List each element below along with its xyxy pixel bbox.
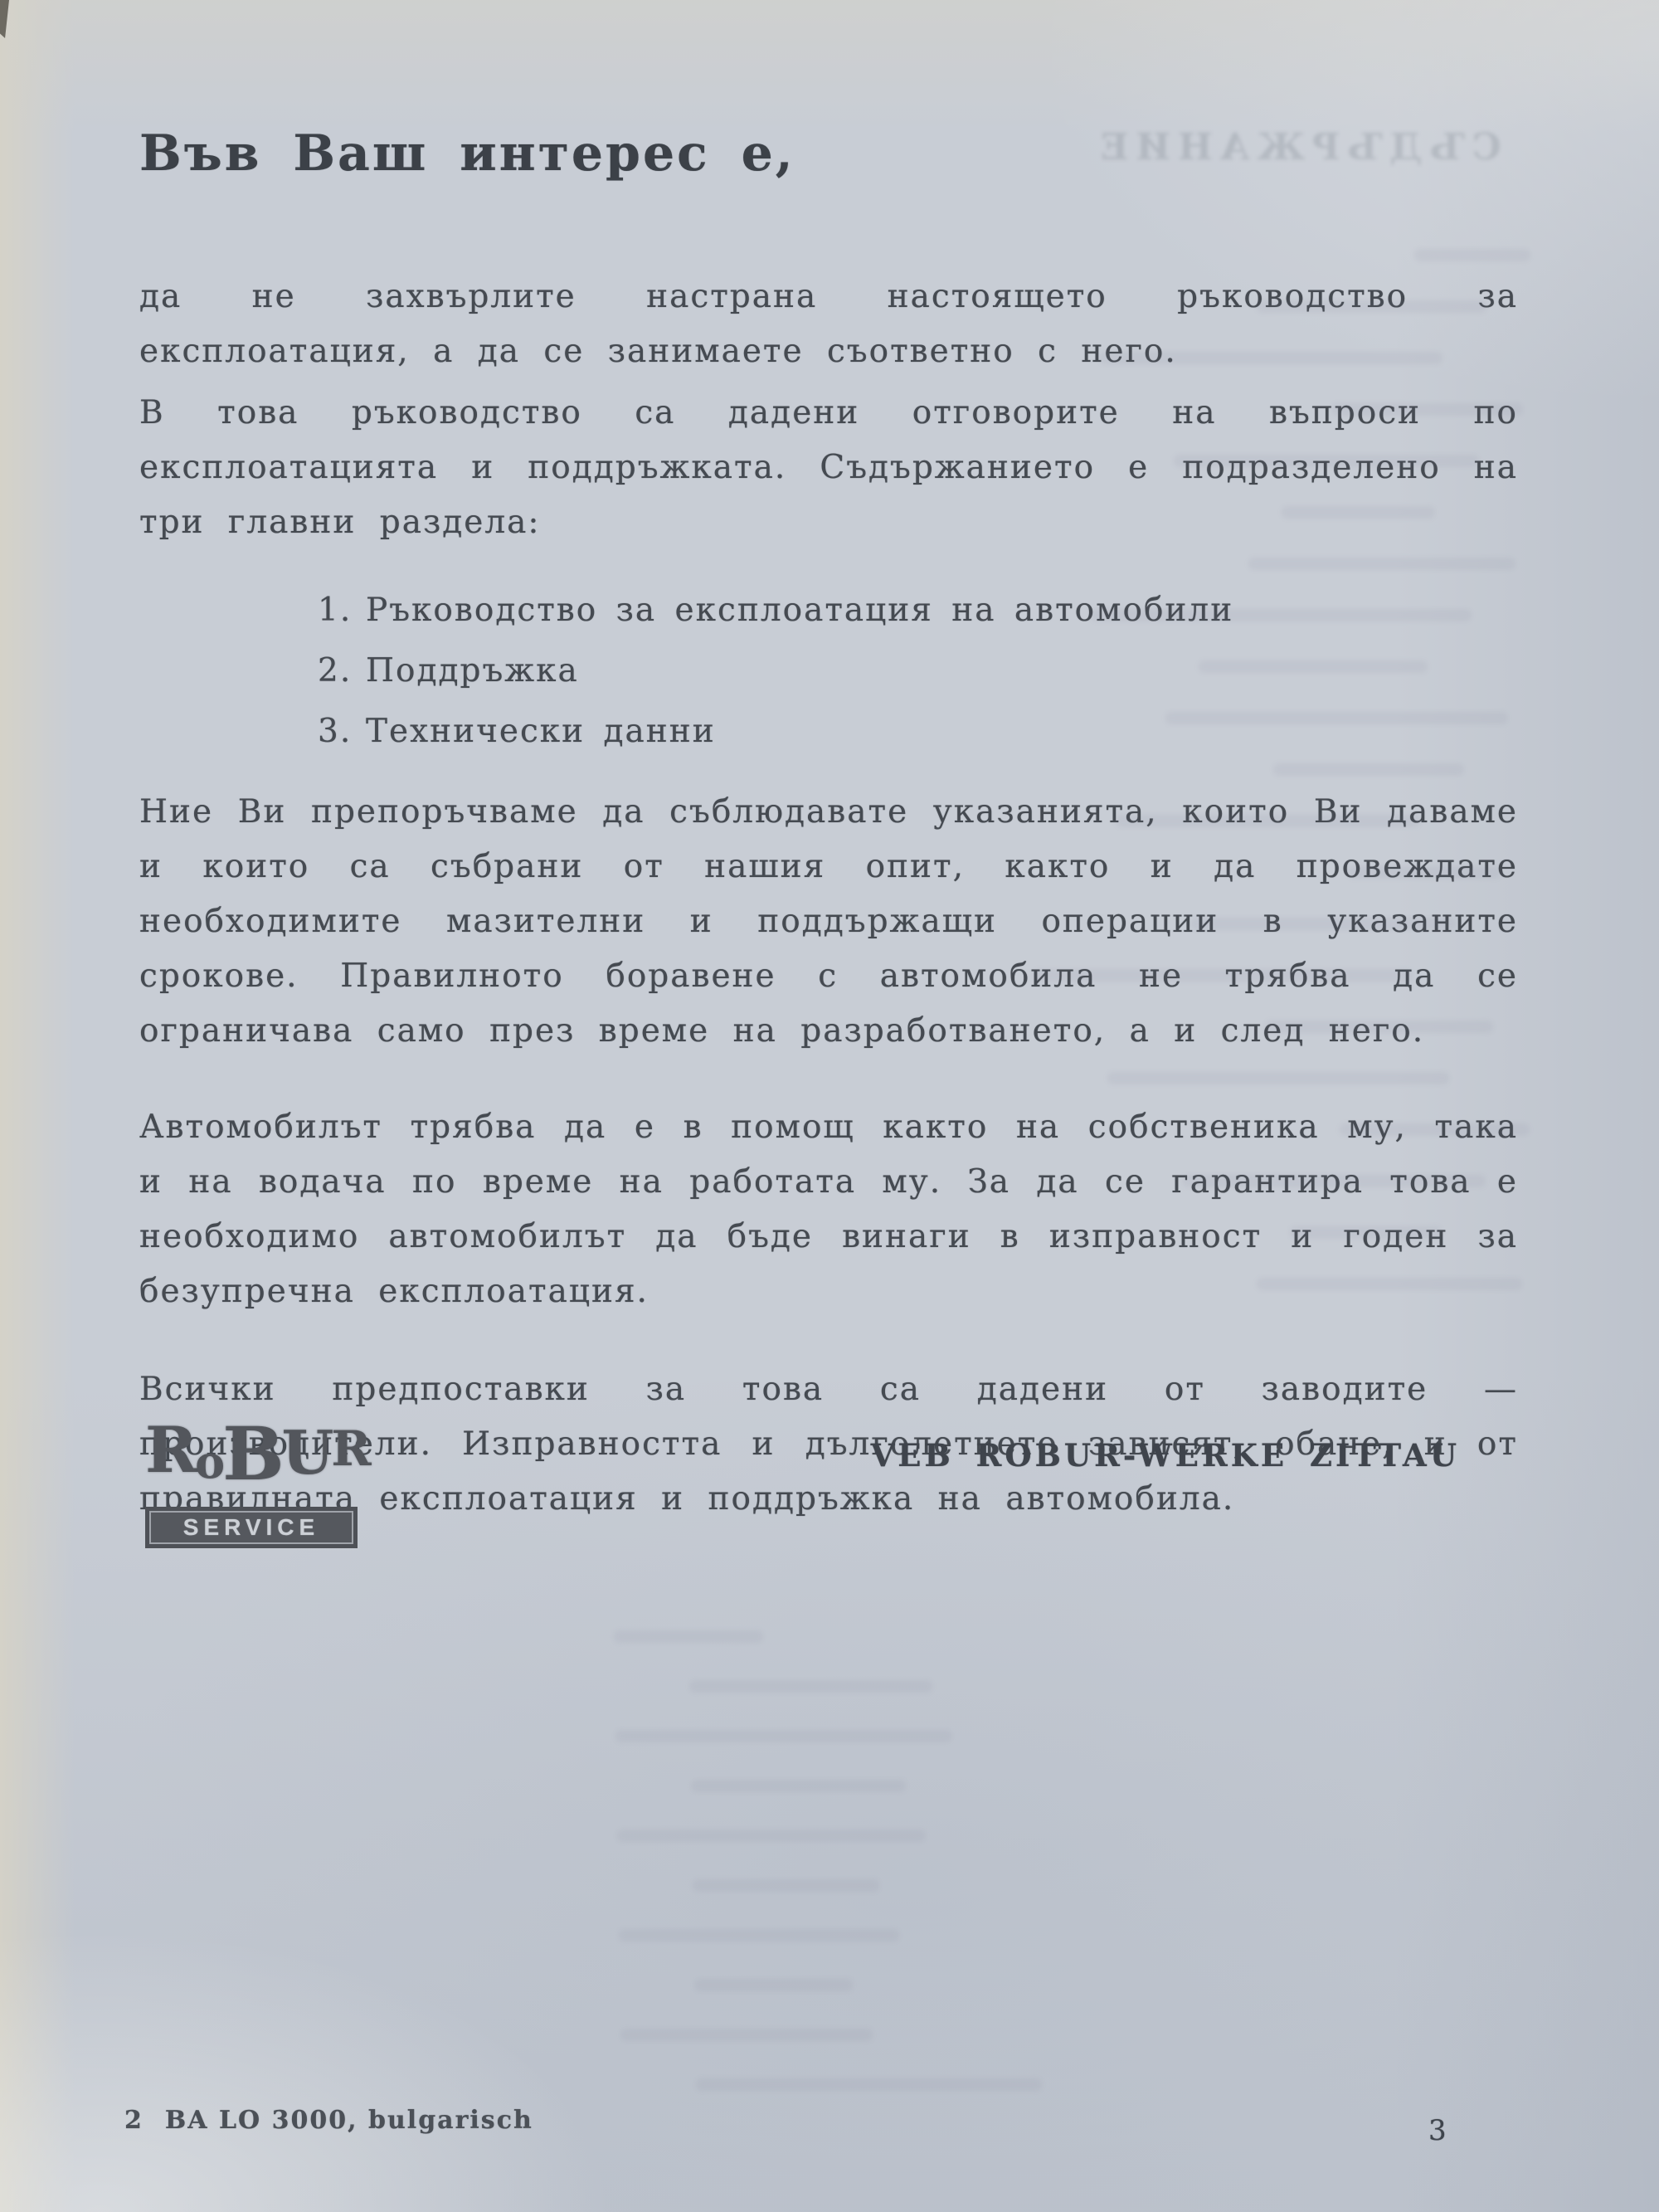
bleed-through-line: [617, 1830, 926, 1842]
bleed-through-line: [1248, 558, 1515, 570]
list-item-number: 1.: [318, 580, 366, 641]
robur-logo-wordmark: RoBUR: [145, 1411, 361, 1503]
bleed-through-line: [619, 1929, 899, 1942]
bleed-through-line: [620, 2029, 873, 2041]
bleed-through-line: [694, 1979, 853, 1991]
page-heading: Във Ваш интерес е,: [139, 124, 1518, 183]
list-item: 3. Технически данни: [318, 701, 1518, 762]
bleed-through-line: [696, 2078, 1042, 2091]
bleed-through-line: [1290, 1226, 1442, 1239]
footer-imprint: 2BA LO 3000, bulgarisch: [124, 2106, 533, 2135]
bleed-through-line: [1190, 918, 1457, 930]
bleed-through-line: [1033, 969, 1413, 982]
scanned-page: СЪДЪРЖАНИЕ Във Ваш интерес е, да не захв…: [0, 0, 1659, 2212]
scan-edge-artifact: [0, 0, 9, 38]
bleed-through-line: [1282, 506, 1435, 519]
page-number: 3: [1428, 2114, 1447, 2147]
company-signature: VEB ROBUR-WERKE ZITTAU: [871, 1411, 1460, 1474]
bleed-through-line: [1340, 1123, 1530, 1136]
bleed-through-line: [1165, 712, 1508, 724]
list-item-number: 3.: [318, 701, 366, 762]
bleed-through-line: [1182, 1175, 1486, 1187]
bleed-through-line: [1414, 249, 1530, 261]
bleed-through-line: [1107, 1072, 1449, 1084]
bleed-through-line: [1331, 403, 1523, 416]
bleed-through-line: [614, 1630, 763, 1643]
bleed-through-line: [1273, 763, 1464, 776]
bleed-through-line: [1199, 660, 1428, 673]
bleed-through-line: [1348, 866, 1501, 879]
paragraph-structure: В това ръководство са дадени отговорите …: [139, 386, 1518, 550]
list-item-label: Технически данни: [366, 701, 716, 762]
bleed-through-line: [1116, 815, 1420, 827]
robur-service-logo: RoBUR SERVICE: [145, 1411, 361, 1548]
bleed-through-line: [1265, 1021, 1493, 1033]
bleed-through-line: [1257, 300, 1486, 313]
bleed-through-line: [615, 1730, 952, 1742]
logo-service-label: SERVICE: [145, 1507, 358, 1548]
footer-imprint-text: BA LO 3000, bulgarisch: [165, 2106, 533, 2135]
bleed-through-line: [1099, 352, 1443, 364]
list-item-number: 2.: [318, 641, 366, 701]
footer-sheet-mark: 2: [124, 2106, 144, 2135]
list-item-label: Поддръжка: [366, 641, 579, 701]
bleed-through-line: [691, 1780, 906, 1792]
bleed-through-line: [1174, 455, 1479, 467]
bleed-through-line: [1091, 609, 1472, 621]
bleed-through-line: [693, 1879, 879, 1892]
bleed-through-line: [1257, 1278, 1522, 1290]
bleed-through-line: [689, 1680, 932, 1693]
